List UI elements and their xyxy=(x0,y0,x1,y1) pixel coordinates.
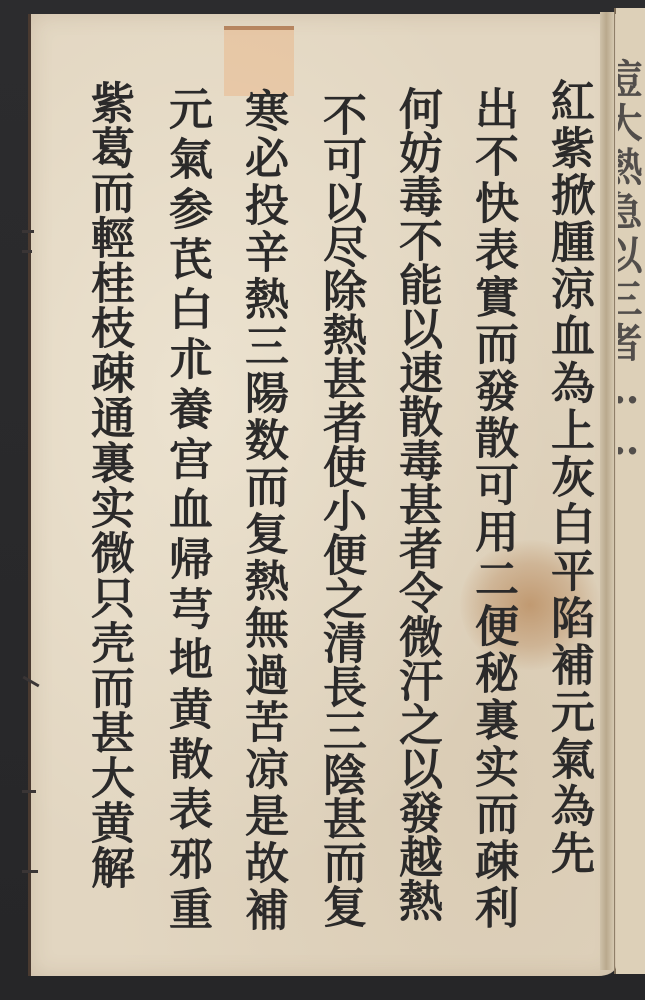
text-column-3: 何妨毒不能以速散毒甚者令微汗之以發越熱 xyxy=(386,86,446,922)
text-column-4: 不可以尽除熱甚者使小便之清長三陰甚而复 xyxy=(310,92,370,928)
text-column-5: 寒必投辛熱三陽数而复熱無過苦凉是故補 xyxy=(232,88,292,934)
text-column-7: 紫葛而輕桂枝疎通裏实微只壳而甚大黄解 xyxy=(78,80,138,890)
left-margin-marks xyxy=(22,230,62,930)
seal-stain xyxy=(224,26,294,96)
page-fold xyxy=(600,12,615,970)
text-column-1: 紅紫掀腫涼血為上灰白平陷補元氣為先 xyxy=(538,78,598,877)
text-column-2: 出不快表實而發散可用二便秘裏实而疎利 xyxy=(462,86,522,932)
text-column-6: 元氣参芪白朮養宫血帰芎地黄散表邪重 xyxy=(156,86,216,936)
next-page-text: 痘大熱急以三者…… xyxy=(618,58,645,958)
